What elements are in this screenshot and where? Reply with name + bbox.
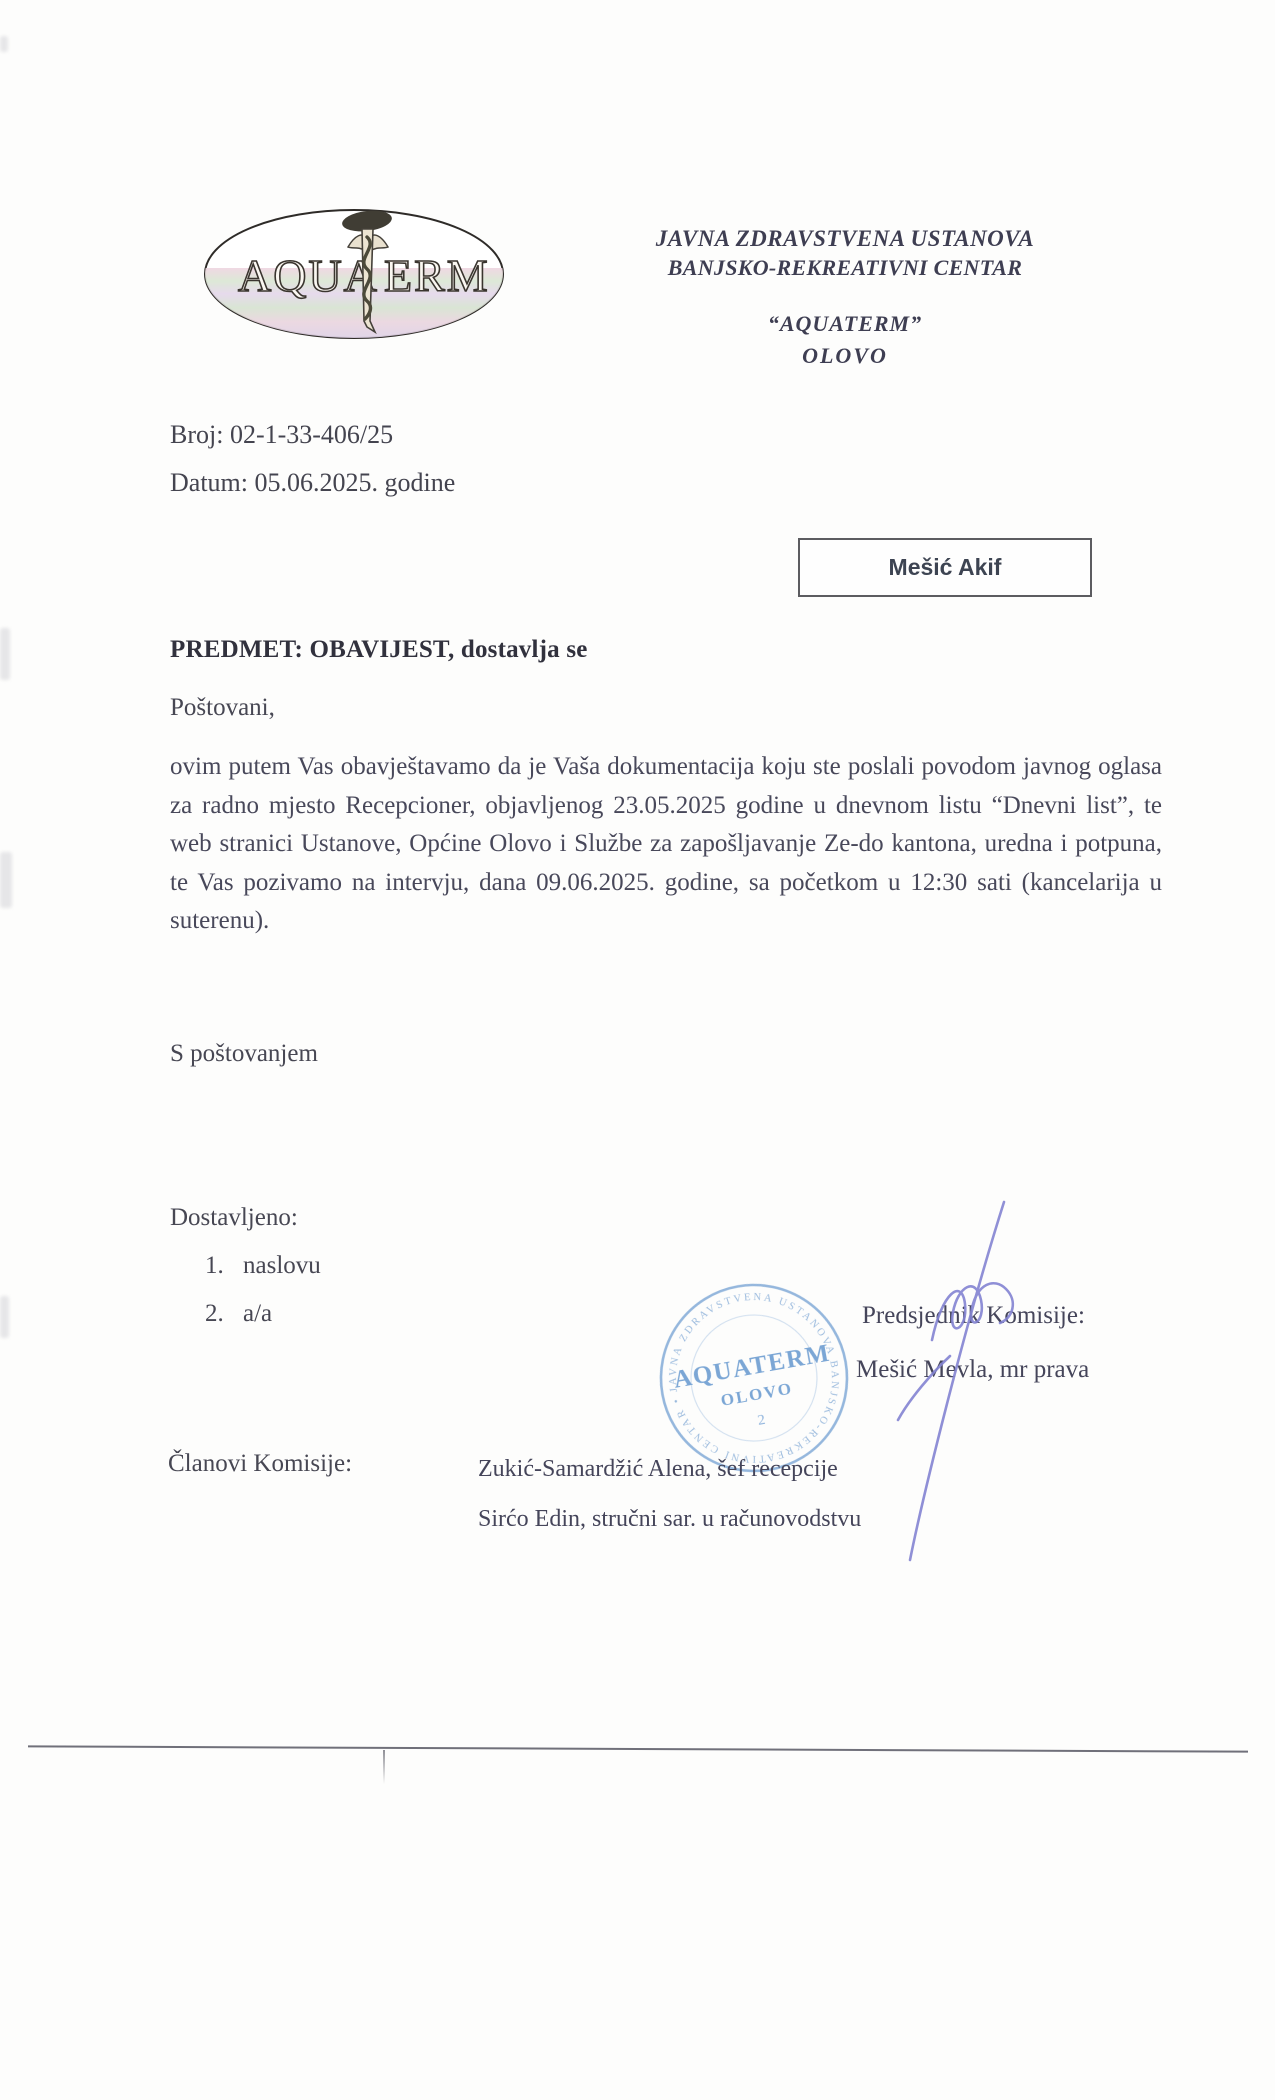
org-line1: JAVNA ZDRAVSTVENA USTANOVA	[565, 226, 1125, 252]
scan-artifact	[0, 852, 12, 908]
footer-divider-tick	[383, 1750, 385, 1784]
body-paragraph: ovim putem Vas obavještavamo da je Vaša …	[170, 748, 1162, 941]
logo-text-aqua: AQUA	[238, 250, 379, 301]
org-name: “AQUATERM”	[565, 311, 1125, 337]
subject-line: PREDMET: OBAVIJEST, dostavlja se	[170, 636, 588, 664]
logo-text-erm: ERM	[384, 250, 490, 301]
committee-members-label: Članovi Komisije:	[168, 1450, 352, 1478]
committee-member-2: Sirćo Edin, stručni sar. u računovodstvu	[478, 1506, 861, 1533]
recipient-name-box: Mešić Akif	[798, 538, 1092, 597]
document-date: Datum: 05.06.2025. godine	[170, 468, 455, 498]
committee-member-1: Zukić-Samardžić Alena, šef recepcije	[478, 1456, 838, 1483]
letterhead-org-block: JAVNA ZDRAVSTVENA USTANOVA BANJSKO-REKRE…	[565, 226, 1125, 369]
distribution-item-1: naslovu	[243, 1252, 321, 1280]
document-number: Broj: 02-1-33-406/25	[170, 420, 393, 450]
org-line2: BANJSKO-REKREATIVNI CENTAR	[565, 255, 1125, 281]
closing-line: S poštovanjem	[170, 1040, 318, 1068]
handwritten-signature	[852, 1188, 1082, 1588]
scan-artifact	[0, 36, 8, 52]
distribution-item-2-number: 2.	[205, 1300, 224, 1328]
footer-divider-line	[28, 1745, 1248, 1752]
org-city: OLOVO	[565, 343, 1125, 369]
salutation: Poštovani,	[170, 694, 275, 722]
scan-artifact	[0, 1296, 9, 1338]
distribution-item-2: a/a	[243, 1300, 272, 1328]
aquaterm-logo: AQUA ERM	[198, 205, 510, 345]
distribution-item-1-number: 1.	[205, 1252, 224, 1280]
distribution-label: Dostavljeno:	[170, 1204, 298, 1232]
stamp-center-number: 2	[756, 1412, 766, 1429]
scan-artifact	[0, 628, 10, 680]
recipient-name: Mešić Akif	[889, 554, 1002, 581]
